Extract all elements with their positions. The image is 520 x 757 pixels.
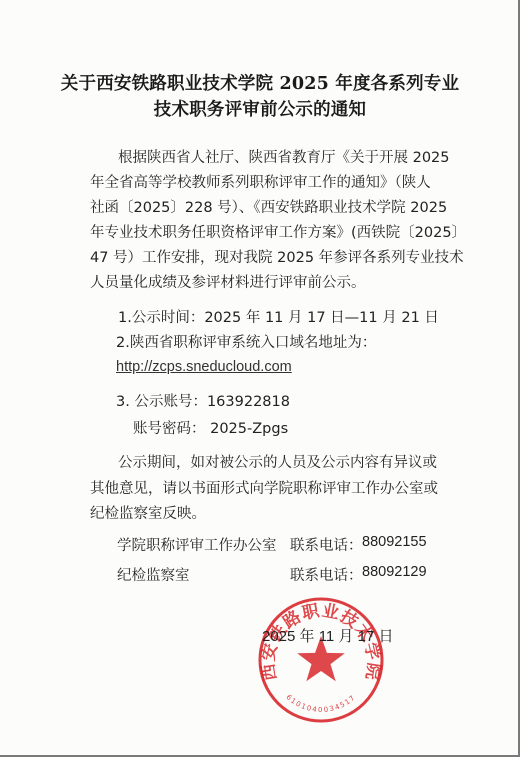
system-url-link[interactable]: http://zcps.sneducloud.com (116, 359, 292, 375)
document-title-line-2: 技术职务评审前公示的通知 (0, 96, 520, 121)
contact-phone-label-1: 联系电话： (290, 534, 363, 555)
contact-phone-label-2: 联系电话： (290, 564, 363, 585)
intro-line-3: 社函〔2025〕228 号）、《西安铁路职业技术学院 2025 (90, 196, 447, 217)
system-address-label: 2.陕西省职称评审系统入口域名地址为： (116, 331, 376, 352)
objection-line-2: 其他意见，请以书面形式向学院职称评审工作办公室或 (90, 477, 438, 498)
intro-line-2: 年全省高等学校教师系列职称评审工作的通知》（陕人 (90, 171, 431, 192)
contact-phone-2: 88092129 (362, 564, 427, 580)
svg-text:6101040034517: 6101040034517 (285, 693, 358, 714)
contact-office-1: 学院职称评审工作办公室 (117, 534, 277, 555)
contact-phone-1: 88092155 (362, 534, 427, 550)
intro-line-4: 年专业技术职务任职资格评审工作方案》(西铁院〔2025〕 (90, 221, 466, 242)
publicity-period: 1.公示时间：2025 年 11 月 17 日—11 月 21 日 (118, 306, 439, 327)
document-page: 关于西安铁路职业技术学院 2025 年度各系列专业 技术职务评审前公示的通知 根… (0, 0, 520, 757)
intro-line-5: 47 号）工作安排，现对我院 2025 年参评各系列专业技术 (90, 246, 464, 267)
document-title-line-1: 关于西安铁路职业技术学院 2025 年度各系列专业 (0, 70, 520, 95)
objection-line-3: 纪检监察室反映。 (90, 502, 206, 523)
contact-office-2: 纪检监察室 (117, 564, 190, 585)
intro-line-6: 人员量化成绩及参评材料进行评审前公示。 (90, 271, 366, 292)
account-password: 账号密码： 2025-Zpgs (133, 417, 288, 438)
signature-date: 2025 年 11 月 17 日 (262, 625, 393, 646)
official-seal-icon: 西安铁路职业技术学院 6101040034517 (257, 596, 385, 724)
objection-line-1: 公示期间，如对被公示的人员及公示内容有异议或 (118, 451, 437, 472)
intro-line-1: 根据陕西省人社厅、陕西省教育厅《关于开展 2025 (118, 146, 450, 167)
publicity-account: 3. 公示账号：163922818 (116, 390, 290, 411)
